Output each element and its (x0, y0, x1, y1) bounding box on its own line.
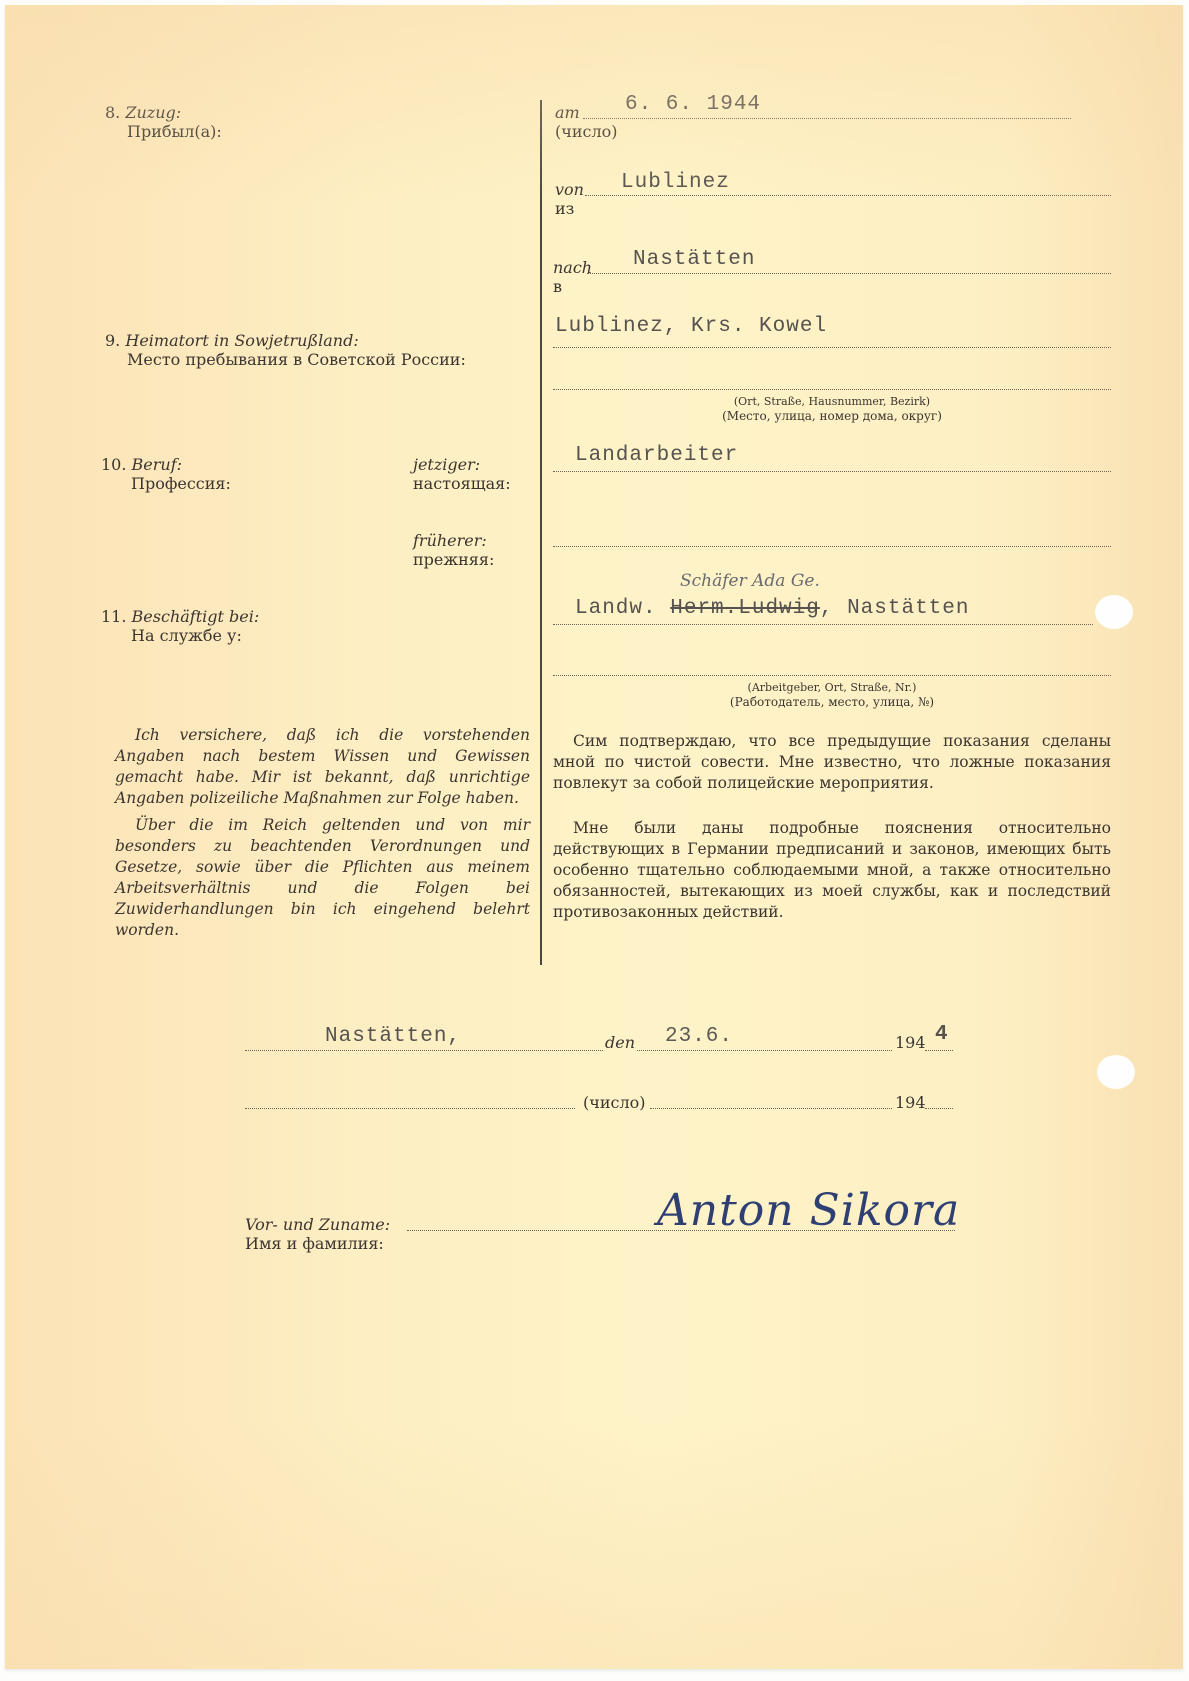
label-de: am (555, 103, 580, 122)
label-de: Heimatort in Sowjetrußland: (125, 331, 358, 350)
home-place-hint: (Ort, Straße, Hausnummer, Bezirk) (Место… (553, 395, 1111, 424)
current-profession-label: jetziger: настоящая: (413, 455, 511, 493)
declaration-de-paragraph-1: Ich versichere, daß ich die vorstehenden… (115, 725, 530, 809)
punch-hole-top (1095, 595, 1133, 629)
label-de: Beruf: (132, 455, 183, 474)
date-line (637, 1050, 892, 1051)
section-number: 9. (105, 331, 120, 350)
document-page: 8. Zuzug: Прибыл(а): am (число) 6. 6. 19… (5, 5, 1183, 1669)
label-ru: в (553, 277, 562, 296)
label-ru: прежняя: (413, 550, 494, 569)
signature[interactable]: Anton Sikora (657, 1185, 960, 1236)
label-ru: из (555, 199, 574, 218)
section-8-label: 8. Zuzug: Прибыл(а): (105, 103, 222, 141)
from-label: von из (555, 180, 584, 218)
ru-date-label: (число) (583, 1093, 645, 1112)
label-de: Beschäftigt bei: (132, 607, 260, 626)
employer-struck-name: Herm.Ludwig (670, 597, 820, 620)
label-ru: Место пребывания в Советской России: (105, 350, 466, 369)
employer-hint: (Arbeitgeber, Ort, Straße, Nr.) (Работод… (553, 681, 1111, 710)
label-de: Zuzug: (125, 103, 181, 122)
section-9-label: 9. Heimatort in Sowjetrußland: Место пре… (105, 331, 466, 369)
current-profession-line (553, 471, 1111, 472)
home-place-line-1 (553, 347, 1111, 348)
ru-year-prefix: 194 (895, 1093, 926, 1112)
employer-line-2 (553, 675, 1111, 676)
from-line (585, 195, 1111, 196)
declaration-german: Ich versichere, daß ich die vorstehenden… (115, 725, 530, 941)
place-line (245, 1050, 603, 1051)
label-de: von (555, 180, 584, 199)
label-ru: (число) (583, 1093, 645, 1112)
label-de: jetziger: (413, 455, 480, 474)
label-de: früherer: (413, 531, 487, 550)
current-profession-field[interactable]: Landarbeiter (575, 444, 738, 467)
label-ru: (число) (555, 122, 617, 141)
to-field[interactable]: Nastätten (633, 248, 755, 271)
label-ru: настоящая: (413, 474, 511, 493)
ru-place-line (245, 1108, 575, 1109)
hint-ru: (Место, улица, номер дома, округ) (722, 409, 942, 423)
year-line (925, 1050, 953, 1051)
declaration-de-paragraph-2: Über die im Reich geltenden und von mir … (115, 815, 530, 941)
year-prefix: 194 (895, 1033, 926, 1052)
label-ru: На службе у: (101, 626, 242, 645)
signature-label: Vor- und Zuname: Имя и фамилия: (245, 1215, 390, 1253)
declaration-russian: Сим подтверждаю, что все предыдущие пока… (553, 731, 1111, 923)
from-field[interactable]: Lublinez (621, 171, 730, 194)
section-11-label: 11. Beschäftigt bei: На службе у: (101, 607, 259, 645)
ru-year-line (925, 1108, 953, 1109)
label-de: den (605, 1033, 635, 1052)
section-number: 8. (105, 103, 120, 122)
hint-ru: (Работодатель, место, улица, №) (730, 695, 934, 709)
column-divider (540, 100, 542, 965)
section-10-label: 10. Beruf: Профессия: (101, 455, 231, 493)
former-profession-line (553, 546, 1111, 547)
declaration-ru-paragraph-1: Сим подтверждаю, что все предыдущие пока… (553, 731, 1111, 794)
employer-line-1 (553, 624, 1093, 625)
section-number: 11. (101, 607, 126, 626)
handwritten-correction: Schäfer Ada Ge. (680, 571, 820, 591)
declaration-ru-paragraph-2: Мне были даны подробные пояснения относи… (553, 818, 1111, 923)
hint-de: (Ort, Straße, Hausnummer, Bezirk) (734, 395, 930, 408)
employer-suffix: , Nastätten (820, 597, 970, 620)
to-label: nach в (553, 258, 592, 296)
label-de: Vor- und Zuname: (245, 1215, 390, 1234)
employer-field[interactable]: Landw. Herm.Ludwig, Nastätten (575, 597, 969, 620)
date-field[interactable]: 23.6. (665, 1025, 733, 1048)
employer-prefix: Landw. (575, 597, 657, 620)
arrival-date-field[interactable]: 6. 6. 1944 (625, 93, 761, 116)
label-ru: Профессия: (101, 474, 231, 493)
den-label: den (605, 1033, 635, 1052)
year-field[interactable]: 4 (935, 1023, 949, 1046)
year-label: 194 (895, 1033, 926, 1052)
home-place-field[interactable]: Lublinez, Krs. Kowel (555, 315, 827, 338)
label-ru: Прибыл(а): (105, 122, 222, 141)
to-line (587, 273, 1111, 274)
punch-hole-bottom (1097, 1055, 1135, 1089)
place-field[interactable]: Nastätten, (325, 1025, 461, 1048)
label-de: nach (553, 258, 592, 277)
arrival-date-label: am (число) (555, 103, 617, 141)
ru-year-label: 194 (895, 1093, 926, 1112)
label-ru: Имя и фамилия: (245, 1234, 384, 1253)
arrival-date-line (583, 118, 1071, 119)
former-profession-label: früherer: прежняя: (413, 531, 494, 569)
home-place-line-2 (553, 389, 1111, 390)
ru-date-line (650, 1108, 892, 1109)
hint-de: (Arbeitgeber, Ort, Straße, Nr.) (748, 681, 917, 694)
section-number: 10. (101, 455, 126, 474)
